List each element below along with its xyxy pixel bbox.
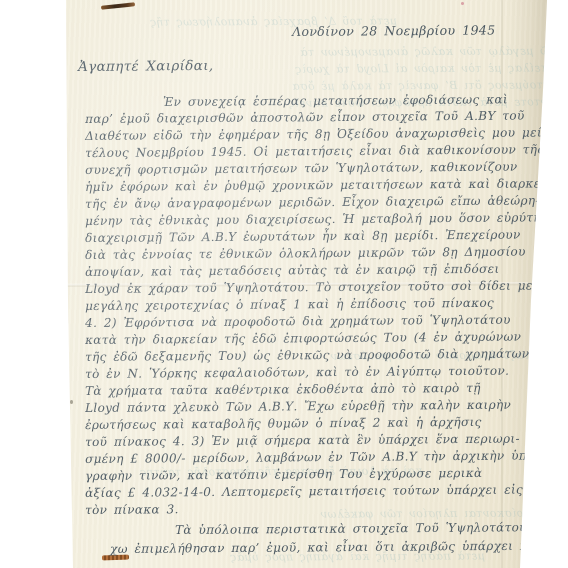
handwriting-line: Lloyd ἐκ χάραν τοῦ Ὑψηλοτάτου. Τὸ στοιχε… xyxy=(85,279,548,295)
closing-line: Τὰ ὑπόλοιπα περιστατικὰ στοιχεῖα Τοῦ Ὑψη… xyxy=(175,521,567,536)
closing-line: χω ἐπιμελήθησαν παρ’ ἐμοῦ, καὶ εἶναι ὅτι… xyxy=(110,540,552,555)
handwriting-line: τὸ ἐν Ν. Ὑόρκης κεφαλαιοδότων, καὶ τὸ ἐν… xyxy=(85,365,509,380)
handwriting-line: διὰ τὰς ἐννοίας τε ἐθνικῶν ὁλοκλήρων μικ… xyxy=(85,246,526,261)
salutation-line: Ἀγαπητέ Χαιρίδαι, xyxy=(78,60,214,75)
handwriting-line: τοῦ πίνακος 4. 3) Ἐν μιᾷ σήμερα κατὰ ἓν … xyxy=(85,433,520,448)
handwriting-line: ἐρωτήσεως καὶ καταβολῆς θυμῶν ὁ πίναξ 2 … xyxy=(85,416,482,431)
handwriting-line: 4. 2) Ἐφρόντισα νὰ προφοδοτῶ διὰ χρημάτω… xyxy=(85,314,511,329)
handwriting-line: παρ’ ἐμοῦ διαχειρισθῶν ἀποστολῶν εἶπον σ… xyxy=(85,110,525,125)
handwriting-line: ἀξίας £ 4.032-14-0. Λεπτομερεῖς μεταιτήσ… xyxy=(85,484,523,499)
handwriting-line: σμένη £ 8000/- μερίδων, λαμβάνων ἐν Τῶν … xyxy=(85,449,539,465)
handwriting-line: Ἐν συνεχείᾳ ἑσπέρας μεταιτήσεων ἐφοδιάσε… xyxy=(163,93,508,108)
handwriting-line: ἀποψίαν, καὶ τὰς μεταδόσεις αὐτὰς τὰ ἐν … xyxy=(85,263,500,278)
letter-page: μετὰ τοῦ Δ’ βραχείας ἀναπολήσεως τῆςἘν τ… xyxy=(0,0,568,568)
handwriting-line: τῆς ἐν ἄνῳ ἀναγραφομένων μεριδῶν. Εἶχον … xyxy=(85,194,540,210)
handwriting-line: τέλους Νοεμβρίου 1945. Οἱ μεταιτήσεις εἶ… xyxy=(85,143,544,159)
bleedthrough-line: ἀποστείλας μὲ τὸν καιρὸν αἱ Lloyd τὰ χωρ… xyxy=(295,62,568,74)
ink-speck xyxy=(70,400,73,404)
handwriting-line: τῆς ἐδῶ δεξαμενῆς Του) ὡς ἐθνικῶς νὰ προ… xyxy=(85,348,529,363)
pink-speck xyxy=(461,2,464,5)
bleedthrough-line: Ἐν τῷ μεγάλῳ τῶν καλῶς ἀναμενομένων τὰ xyxy=(300,45,568,57)
date-line: Λονδίνον 28 Νοεμβρίου 1945 xyxy=(292,24,496,38)
handwriting-line: συνεχῆ φορτισμῶν μεταιτήσεων τῶν Ὑψηλοτά… xyxy=(85,161,518,176)
bleedthrough-line: ἅτινα εὑρίσκονται πλησίον τῶν φακέλων xyxy=(320,507,568,519)
scanned-letter-photo: μετὰ τοῦ Δ’ βραχείας ἀναπολήσεως τῆςἘν τ… xyxy=(0,0,568,568)
handwriting-line: μένην τὰς ἐθνικὰς μου διαχειρίσεως. Ἡ με… xyxy=(85,211,568,227)
handwriting-line: κατὰ τὴν διαρκείαν τῆς ἐδῶ ἐπιφορτώσεώς … xyxy=(85,331,521,346)
handwriting-line: διαχειρισμῇ Τῶν Α.Β.Υ ἐωρυτάτων ἦν καὶ 8… xyxy=(85,229,521,244)
rust-pin-mark xyxy=(101,2,135,10)
handwriting-line: τὸν πίνακα 3. xyxy=(85,503,179,516)
handwriting-line: Τὰ χρήματα ταῦτα καθέντρικα ἐκδοθέντα ἀπ… xyxy=(85,382,481,397)
handwriting-line: ἡμῖν ἐφόρων καὶ ἐν ῥυθμῷ χρονικῶν μεταιτ… xyxy=(85,177,561,193)
bleedthrough-line: πιστούμενος ὅτι Β’ φανεὶς τὰ καλὰ μὲ ὅσα xyxy=(292,79,563,91)
handwriting-line: γραφὴν τινῶν, καὶ κατόπιν ἐμερίσθη Του ἐ… xyxy=(85,467,483,482)
handwriting-line: μεγάλης χειροτεχνίας ὁ πίναξ 1 καὶ ἡ ἐπί… xyxy=(85,297,494,312)
handwriting-line: Διαθέτων εἰδῶ τὴν ἐφημέραν τῆς 8ῃ Ὀξείδο… xyxy=(85,126,558,142)
handwriting-line: Lloyd πάντα χλευκὸ Τῶν Α.Β.Υ. Ἔχω εὑρεθῇ… xyxy=(85,399,511,414)
